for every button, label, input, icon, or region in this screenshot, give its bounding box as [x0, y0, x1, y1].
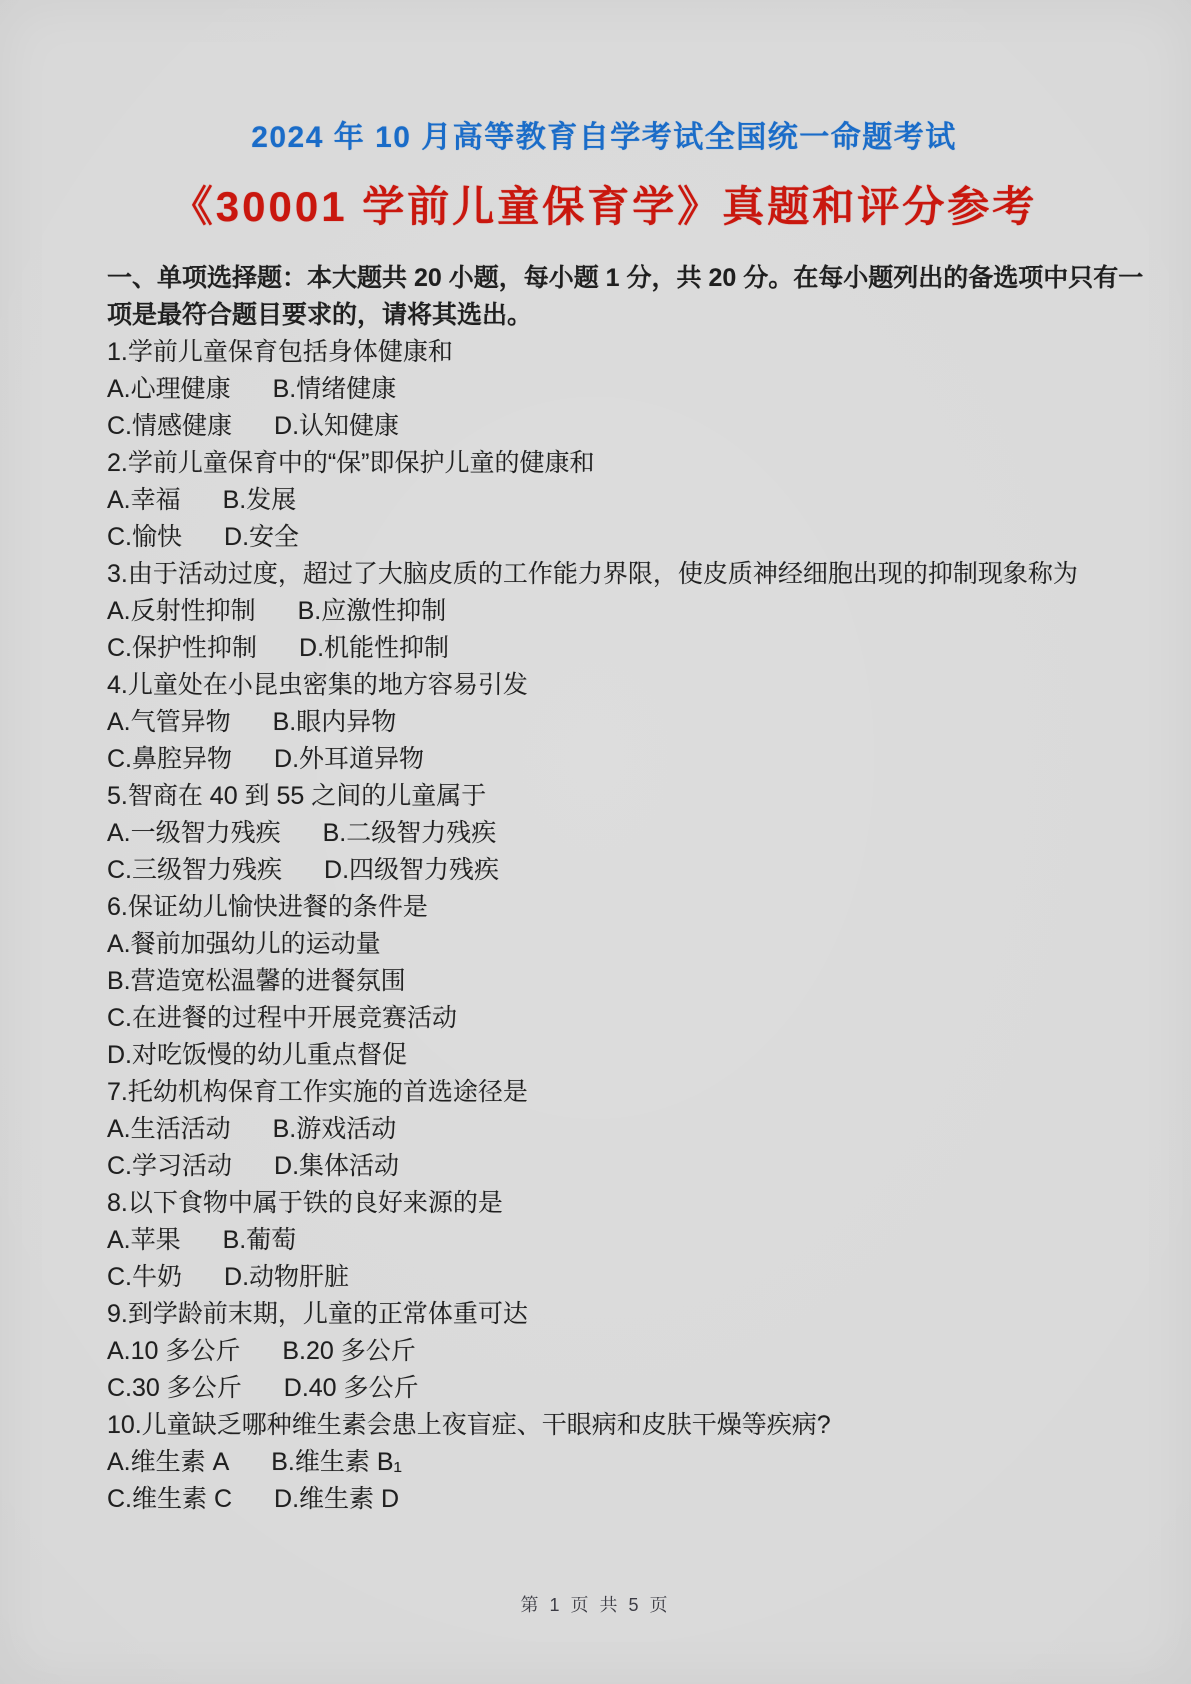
option: D.集体活动	[274, 1148, 399, 1185]
option-row: A.气管异物B.眼内异物	[107, 704, 1101, 741]
option: C.三级智力残疾	[107, 852, 282, 889]
option: B.眼内异物	[273, 704, 397, 741]
option-row: A.反射性抑制B.应激性抑制	[107, 593, 1101, 630]
option: D.40 多公斤	[284, 1370, 419, 1407]
section-heading-line2: 项是最符合题目要求的，请将其选出。	[107, 297, 1101, 334]
option-row: C.维生素 CD.维生素 D	[107, 1481, 1101, 1518]
option: B.葡萄	[223, 1222, 297, 1259]
question-stem: 7.托幼机构保育工作实施的首选途径是	[107, 1074, 1101, 1111]
paper-title: 《30001 学前儿童保育学》真题和评分参考	[107, 174, 1101, 234]
option: B.发展	[223, 482, 297, 519]
option: B.营造宽松温馨的进餐氛围	[107, 963, 406, 1000]
option: D.动物肝脏	[224, 1259, 349, 1296]
exam-paper-page: 2024 年 10 月高等教育自学考试全国统一命题考试 《30001 学前儿童保…	[0, 0, 1191, 1684]
option: B.情绪健康	[273, 371, 397, 408]
option: C.30 多公斤	[107, 1370, 242, 1407]
section-heading-rest: 本大题共 20 小题，每小题 1 分，共 20 分。在每小题列出的备选项中只有一	[307, 264, 1143, 292]
option-row: A.心理健康B.情绪健康	[107, 371, 1101, 408]
question-stem: 10.儿童缺乏哪种维生素会患上夜盲症、干眼病和皮肤干燥等疾病?	[107, 1407, 1101, 1444]
option-row: C.牛奶D.动物肝脏	[107, 1259, 1101, 1296]
option-row: A.一级智力残疾B.二级智力残疾	[107, 815, 1101, 852]
option: A.维生素 A	[107, 1444, 229, 1481]
section-heading-line1: 一、单项选择题：本大题共 20 小题，每小题 1 分，共 20 分。在每小题列出…	[107, 260, 1101, 297]
option: C.情感健康	[107, 408, 232, 445]
exam-session-title: 2024 年 10 月高等教育自学考试全国统一命题考试	[107, 112, 1101, 156]
option: C.鼻腔异物	[107, 741, 232, 778]
option: B.应激性抑制	[298, 593, 447, 630]
option: D.四级智力残疾	[324, 852, 499, 889]
question-stem: 4.儿童处在小昆虫密集的地方容易引发	[107, 667, 1101, 704]
option-row: C.在进餐的过程中开展竞赛活动	[107, 1000, 1101, 1037]
page-indicator: 第 1 页 共 5 页	[520, 1595, 670, 1615]
option-row: A.餐前加强幼儿的运动量	[107, 926, 1101, 963]
option: C.维生素 C	[107, 1481, 232, 1518]
question-stem: 8.以下食物中属于铁的良好来源的是	[107, 1185, 1101, 1222]
option-row: C.鼻腔异物D.外耳道异物	[107, 741, 1101, 778]
question-stem: 1.学前儿童保育包括身体健康和	[107, 334, 1101, 371]
option-row: B.营造宽松温馨的进餐氛围	[107, 963, 1101, 1000]
option: D.维生素 D	[274, 1481, 399, 1518]
option-row: A.苹果B.葡萄	[107, 1222, 1101, 1259]
option: B.20 多公斤	[282, 1333, 415, 1370]
option: C.在进餐的过程中开展竞赛活动	[107, 1000, 457, 1037]
option-row: A.维生素 AB.维生素 B₁	[107, 1444, 1101, 1481]
option-row: A.生活活动B.游戏活动	[107, 1111, 1101, 1148]
option: D.安全	[224, 519, 299, 556]
option: A.幸福	[107, 482, 181, 519]
question-stem: 3.由于活动过度，超过了大脑皮质的工作能力界限，使皮质神经细胞出现的抑制现象称为	[107, 556, 1101, 593]
option-row: C.三级智力残疾D.四级智力残疾	[107, 852, 1101, 889]
option: B.维生素 B₁	[271, 1444, 402, 1481]
option: A.一级智力残疾	[107, 815, 281, 852]
option: A.反射性抑制	[107, 593, 256, 630]
question-stem: 5.智商在 40 到 55 之间的儿童属于	[107, 778, 1101, 815]
questions-list: 1.学前儿童保育包括身体健康和A.心理健康B.情绪健康C.情感健康D.认知健康2…	[107, 334, 1101, 1518]
option: D.对吃饭慢的幼儿重点督促	[107, 1037, 407, 1074]
section-heading-lead: 一、单项选择题：	[107, 264, 307, 292]
option: D.机能性抑制	[299, 630, 449, 667]
option-row: C.愉快D.安全	[107, 519, 1101, 556]
option: D.外耳道异物	[274, 741, 424, 778]
option-row: C.学习活动D.集体活动	[107, 1148, 1101, 1185]
question-stem: 9.到学龄前末期，儿童的正常体重可达	[107, 1296, 1101, 1333]
question-stem: 6.保证幼儿愉快进餐的条件是	[107, 889, 1101, 926]
page-footer: 第 1 页 共 5 页	[0, 1591, 1191, 1617]
option: A.苹果	[107, 1222, 181, 1259]
option-row: C.30 多公斤D.40 多公斤	[107, 1370, 1101, 1407]
option: B.二级智力残疾	[323, 815, 497, 852]
option-row: A.幸福B.发展	[107, 482, 1101, 519]
option: A.生活活动	[107, 1111, 231, 1148]
option-row: C.保护性抑制D.机能性抑制	[107, 630, 1101, 667]
option-row: D.对吃饭慢的幼儿重点督促	[107, 1037, 1101, 1074]
option: C.保护性抑制	[107, 630, 257, 667]
option-row: C.情感健康D.认知健康	[107, 408, 1101, 445]
option: A.餐前加强幼儿的运动量	[107, 926, 381, 963]
question-stem: 2.学前儿童保育中的“保”即保护儿童的健康和	[107, 445, 1101, 482]
option: C.牛奶	[107, 1259, 182, 1296]
option: D.认知健康	[274, 408, 399, 445]
option-row: A.10 多公斤B.20 多公斤	[107, 1333, 1101, 1370]
option: A.10 多公斤	[107, 1333, 240, 1370]
option: A.气管异物	[107, 704, 231, 741]
option: C.愉快	[107, 519, 182, 556]
option: A.心理健康	[107, 371, 231, 408]
option: B.游戏活动	[273, 1111, 397, 1148]
option: C.学习活动	[107, 1148, 232, 1185]
